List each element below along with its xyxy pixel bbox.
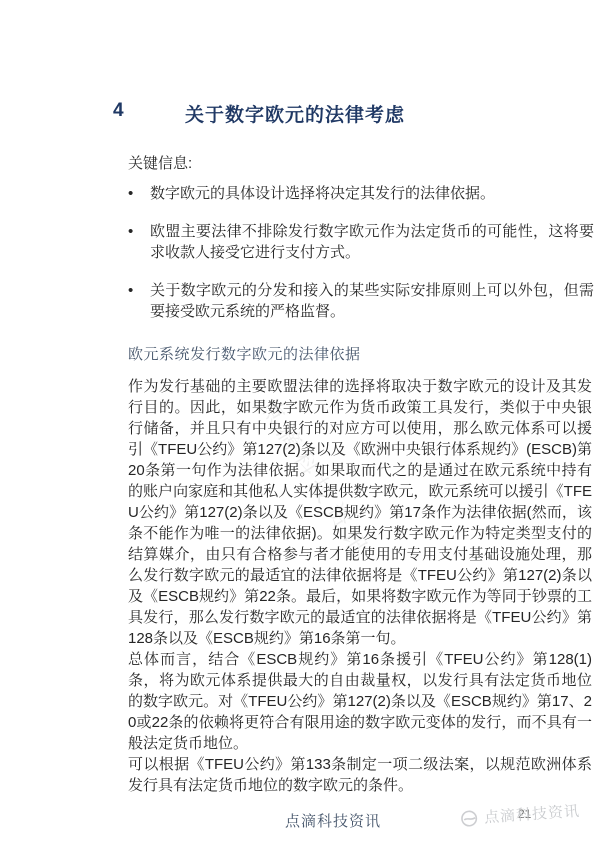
list-item: • 数字欧元的具体设计选择将决定其发行的法律依据。 <box>128 183 594 204</box>
body-paragraph: 作为发行基础的主要欧盟法律的选择将取决于数字欧元的设计及其发行目的。因此，如果数… <box>128 376 592 649</box>
bullet-text: 数字欧元的具体设计选择将决定其发行的法律依据。 <box>150 183 594 204</box>
list-item: • 关于数字欧元的分发和接入的某些实际安排原则上可以外包，但需要接受欧元系统的严… <box>128 280 594 322</box>
chapter-heading: 4 关于数字欧元的法律考虑 <box>113 100 405 127</box>
body-text: 作为发行基础的主要欧盟法律的选择将取决于数字欧元的设计及其发行目的。因此，如果数… <box>128 376 592 796</box>
corner-watermark: 点滴科技资讯 <box>459 800 580 829</box>
bullet-icon: • <box>128 280 150 322</box>
droplet-logo-icon <box>460 808 481 827</box>
section-subheading: 欧元系统发行数字欧元的法律依据 <box>128 343 361 364</box>
list-item: • 欧盟主要法律不排除发行数字欧元作为法定货币的可能性，这将要求收款人接受它进行… <box>128 221 594 263</box>
body-paragraph: 总体而言，结合《ESCB规约》第16条援引《TFEU公约》第128(1)条，将为… <box>128 649 592 754</box>
bullet-icon: • <box>128 221 150 263</box>
chapter-title: 关于数字欧元的法律考虑 <box>185 100 405 127</box>
document-page: 点滴科技资讯 4 关于数字欧元的法律考虑 关键信息: • 数字欧元的具体设计选择… <box>0 0 600 849</box>
key-info-list: • 数字欧元的具体设计选择将决定其发行的法律依据。 • 欧盟主要法律不排除发行数… <box>128 183 594 339</box>
bullet-text: 关于数字欧元的分发和接入的某些实际安排原则上可以外包，但需要接受欧元系统的严格监… <box>150 280 594 322</box>
key-info-label: 关键信息: <box>128 152 192 173</box>
bullet-text: 欧盟主要法律不排除发行数字欧元作为法定货币的可能性，这将要求收款人接受它进行支付… <box>150 221 594 263</box>
body-paragraph: 可以根据《TFEU公约》第133条制定一项二级法案，以规范欧洲体系发行具有法定货… <box>128 754 592 796</box>
bullet-icon: • <box>128 183 150 204</box>
chapter-number: 4 <box>113 100 185 127</box>
corner-watermark-text: 点滴科技资讯 <box>483 800 580 828</box>
